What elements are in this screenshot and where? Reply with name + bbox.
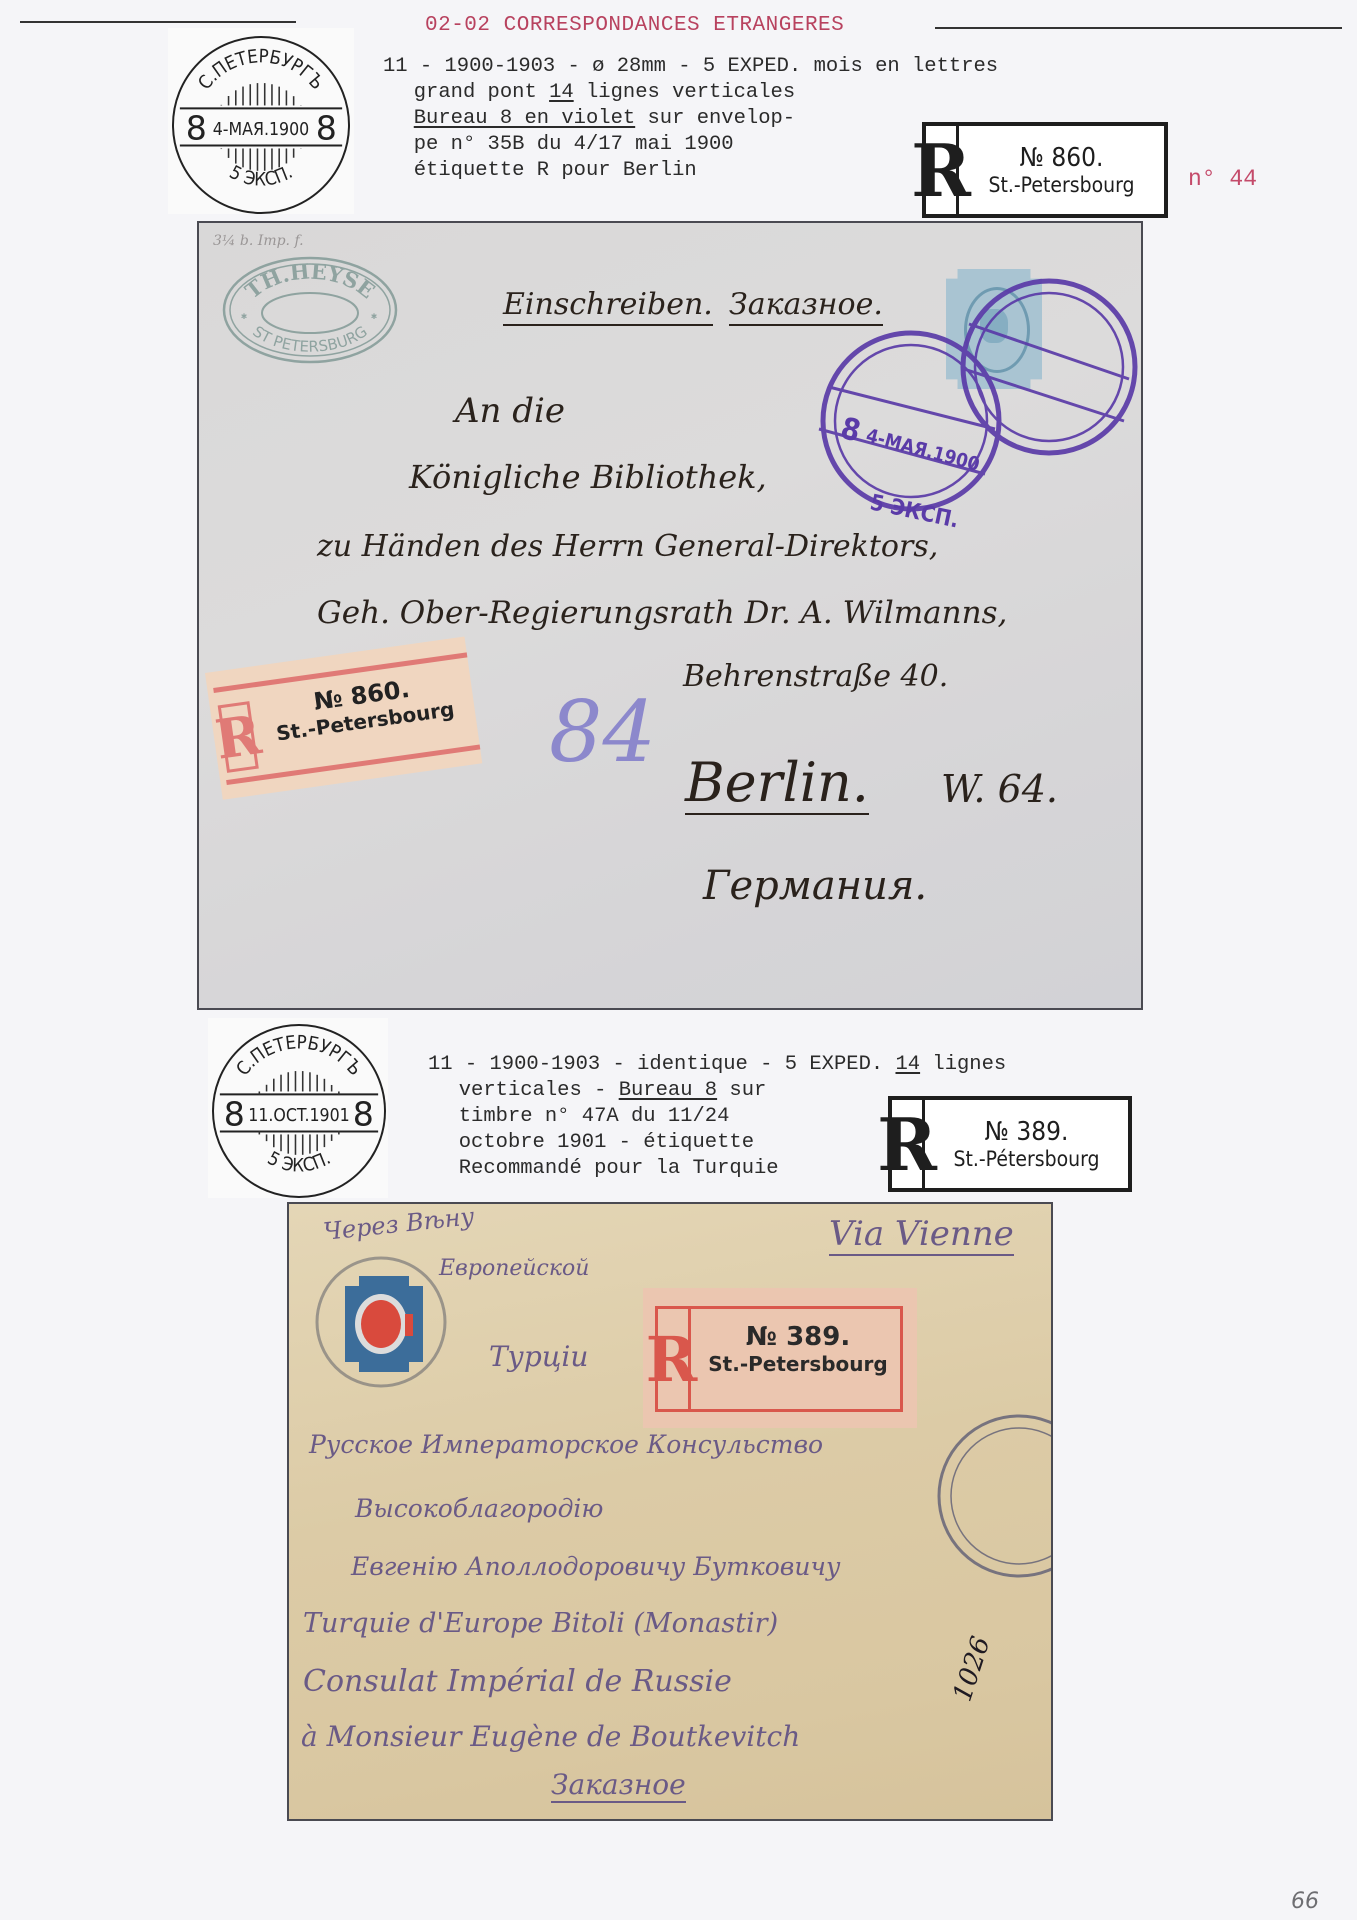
reference-number: n° 44 — [1188, 166, 1257, 192]
r-letter: R — [926, 126, 959, 214]
header-rule-right — [935, 27, 1342, 29]
label-city: St.-Pétersbourg — [953, 1147, 1099, 1171]
address-line-3: zu Händen des Herrn General-Direktors, — [317, 529, 938, 564]
svg-text:5 ЭКСП.: 5 ЭКСП. — [226, 162, 296, 191]
cover-registration-label-389: R № 389. St.-Petersbourg — [643, 1288, 917, 1428]
header-rule-left — [20, 21, 296, 23]
item1-description: 11 - 1900-1903 - ø 28mm - 5 EXPED. mois … — [383, 54, 998, 184]
svg-text:С.ПЕТЕРБУРГЪ: С.ПЕТЕРБУРГЪ — [194, 46, 327, 94]
svg-text:С.ПЕТЕРБУРГЪ: С.ПЕТЕРБУРГЪ — [232, 1032, 365, 1080]
svg-text:8: 8 — [353, 1095, 374, 1134]
address-line-2: Königliche Bibliothek, — [409, 458, 767, 496]
label-number: № 389. — [985, 1117, 1069, 1147]
svg-text:8: 8 — [224, 1095, 245, 1134]
address-line-5: Consulat Impérial de Russie — [303, 1664, 732, 1699]
cover-bitoli: Через Вѣну Via Vienne Европейской Турціи… — [287, 1202, 1053, 1821]
svg-text:ST PETERSBURG: ST PETERSBURG — [249, 322, 370, 356]
violet-cancel-postmarks: 8 4-МАЯ.1900 5 ЭКСП. — [799, 269, 1139, 529]
route-note-ru: Через Вѣну — [322, 1202, 476, 1246]
postmark-illustration-2: С.ПЕТЕРБУРГЪ 5 ЭКСП. 8 8 11.OCT.1901 — [208, 1018, 388, 1198]
svg-text:8: 8 — [316, 109, 337, 148]
postmark-illustration-1: С.ПЕТЕРБУРГЪ 5 ЭКСП. 8 8 4-МАЯ.1900 — [168, 28, 354, 214]
address-line-2: Высокоблагородію — [355, 1494, 603, 1523]
svg-text:4-МАЯ.1900: 4-МАЯ.1900 — [213, 120, 309, 140]
label-number: № 860. — [1020, 143, 1104, 173]
description-line: grand pont 14 lignes verticales — [383, 80, 998, 106]
address-line-1: Русское Императорское Консульство — [309, 1430, 823, 1459]
svg-text:✱: ✱ — [371, 311, 377, 322]
address-line-4: Turquie d'Europe Bitoli (Monastir) — [303, 1608, 778, 1639]
cover-registration-label-860: R № 860. St.-Petersbourg — [205, 637, 482, 800]
pencil-note-1026: 1026 — [948, 1633, 997, 1705]
description-line: pe n° 35B du 4/17 mai 1900 — [383, 132, 998, 158]
address-ru-a: Европейской — [439, 1256, 589, 1281]
address-line-7: Заказное — [551, 1768, 686, 1803]
section-title: 02-02 CORRESPONDANCES ETRANGERES — [425, 14, 844, 37]
svg-text:11.OCT.1901: 11.OCT.1901 — [248, 1106, 349, 1126]
page-number: 66 — [1291, 1889, 1319, 1914]
registration-label-illustration-1: R № 860. St.-Petersbourg — [922, 122, 1168, 218]
postmark-drawing-2: С.ПЕТЕРБУРГЪ 5 ЭКСП. 8 8 11.OCT.1901 — [214, 1026, 384, 1196]
address-line-5: Behrenstraße 40. — [683, 659, 948, 694]
registration-label-illustration-2: R № 389. St.-Pétersbourg — [888, 1096, 1132, 1192]
svg-text:4-МАЯ.1900: 4-МАЯ.1900 — [864, 425, 982, 476]
pencil-note-84: 84 — [549, 683, 656, 781]
svg-text:8: 8 — [837, 411, 864, 450]
address-line-6: à Monsieur Eugène de Boutkevitch — [301, 1720, 800, 1753]
svg-text:8: 8 — [186, 109, 207, 148]
postmark-drawing-1: С.ПЕТЕРБУРГЪ 5 ЭКСП. 8 8 4-МАЯ.1900 — [174, 38, 348, 212]
corner-pencil-note: 3¼ b. Imp. f. — [213, 233, 304, 249]
destination-city: Berlin. — [685, 753, 869, 815]
description-line: 11 - 1900-1903 - ø 28mm - 5 EXPED. mois … — [383, 54, 998, 80]
address-line-3: Евгенію Аполлодоровичу Бутковичу — [351, 1552, 841, 1581]
description-line: Bureau 8 en violet sur envelop- — [383, 106, 998, 132]
address-line-4: Geh. Ober-Regierungsrath Dr. A. Wilmanns… — [317, 595, 1007, 631]
svg-text:5 ЭКСП.: 5 ЭКСП. — [264, 1148, 334, 1177]
description-line: 11 - 1900-1903 - identique - 5 EXPED. 14… — [428, 1052, 1006, 1078]
heading-einschreiben: Einschreiben. — [503, 287, 713, 326]
route-note-fr: Via Vienne — [829, 1214, 1014, 1256]
svg-text:✱: ✱ — [241, 311, 247, 322]
address-ru-b: Турціи — [489, 1340, 588, 1373]
svg-text:TH.HEYSE: TH.HEYSE — [240, 258, 380, 303]
label-city: St.-Petersbourg — [988, 173, 1134, 197]
destination-postcode: W. 64. — [941, 767, 1058, 811]
postage-stamp-10kop — [309, 1244, 459, 1394]
cover-berlin: 3¼ b. Imp. f. TH.HEYSE ST PETERSBURG ✱ ✱… — [197, 221, 1143, 1010]
r-letter: R — [892, 1100, 925, 1188]
sender-oval-stamp: TH.HEYSE ST PETERSBURG ✱ ✱ — [221, 255, 399, 365]
description-line: étiquette R pour Berlin — [383, 158, 998, 184]
destination-country: Германия. — [703, 863, 927, 909]
arrival-postmark — [929, 1404, 1053, 1594]
address-line-1: An die — [455, 391, 565, 431]
